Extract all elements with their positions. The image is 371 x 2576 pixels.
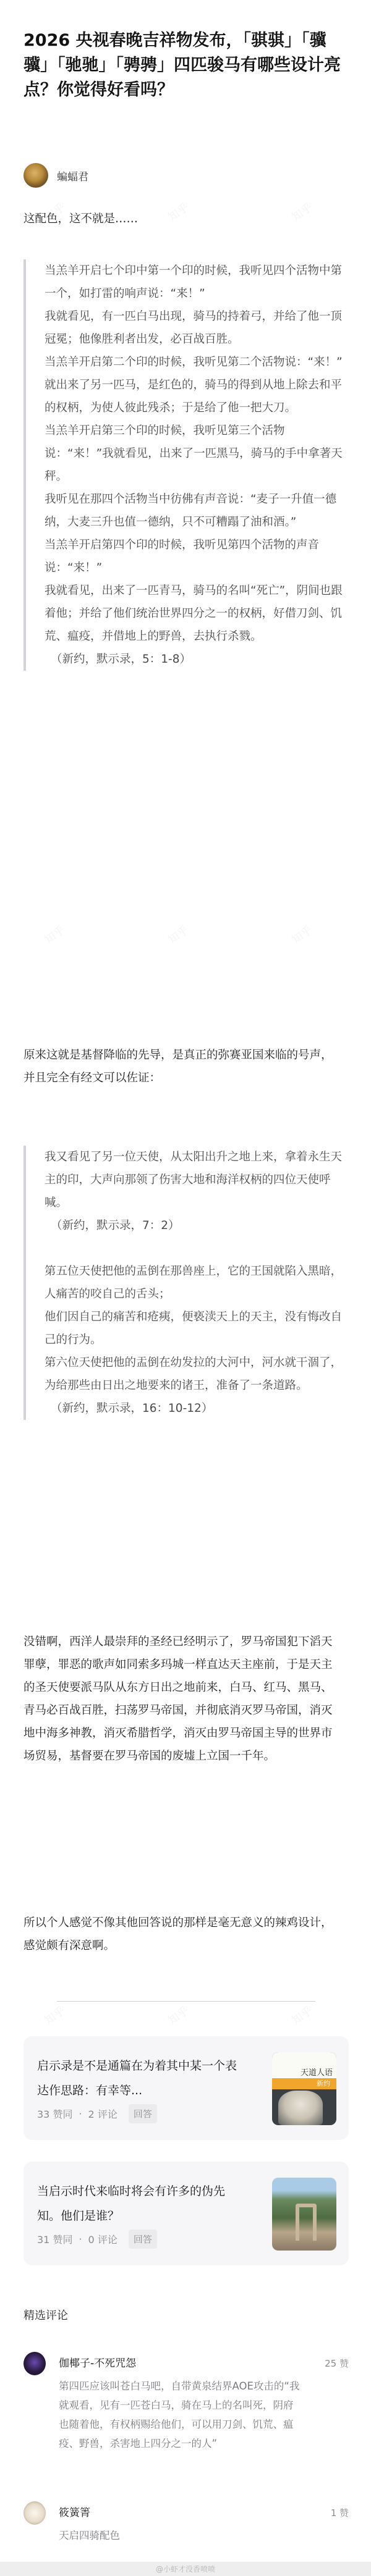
quote-citation: （新约，默示录，7：2）	[45, 1214, 345, 1237]
quote-line: 当羔羊开启第二个印的时候，我听见第二个活物说：“来！”	[45, 351, 345, 374]
commenter-name[interactable]: 筱簧箐	[59, 2504, 90, 2519]
quote-line: 第五位天使把他的盂倒在那兽座上，它的王国就陷入黑暗，人痛苦的咬自己的舌头；	[45, 1260, 345, 1306]
comment-text: 天启四骑配色	[59, 2526, 300, 2545]
quote-citation: （新约，默示录，16：10-12）	[45, 1397, 345, 1420]
answer-tag: 回答	[129, 2230, 157, 2249]
book-band: 新约	[272, 2078, 336, 2089]
book-cover-thumbnail[interactable]: 天道人语 新约	[272, 2052, 336, 2125]
site-watermark: 知乎	[288, 2002, 315, 2028]
quote-line: 当羔羊开启第四个印的时候，我听见第四个活物的声音说：“来！”	[45, 534, 345, 579]
book-title: 天道人语	[272, 2052, 336, 2078]
related-question-card[interactable]: 当启示时代来临时将会有许多的伪先知。他们是谁？ 31 赞同 · 0 评论 回答	[23, 2162, 349, 2265]
ruins-photo-thumbnail[interactable]	[272, 2178, 336, 2251]
quote-gap	[45, 1237, 345, 1260]
answer-paragraph-4: 所以个人感觉不像其他回答说的那样是毫无意义的辣鸡设计，感觉颇有深意啊。	[23, 1911, 339, 1957]
meta-separator: ·	[79, 2233, 82, 2245]
related-question-card[interactable]: 启示录是不是通篇在为着其中某一个表达作思路：有幸等... 33 赞同 · 2 评…	[23, 2036, 349, 2140]
site-watermark: 知乎	[288, 921, 315, 947]
featured-comments-heading: 精选评论	[23, 2307, 68, 2323]
quote-line: 他们因自己的痛苦和疮痍，便亵渎天上的天主，没有悔改自己的行为。	[45, 1306, 345, 1351]
quote-line: 我就看见，出来了一匹青马，骑马的名叫“死亡”，阴间也跟着他；并给了他们统治世界四…	[45, 579, 345, 648]
quote-line: 第六位天使把他的盂倒在幼发拉的大河中，河水就干涸了，为给那些由日出之地要来的诸王…	[45, 1351, 345, 1397]
site-watermark: 知乎	[41, 921, 68, 947]
comment-item: 伽椰子-不死咒怨 25 赞 第四匹应该叫苍白马吧，自带黄泉结界AOE攻击的“我就…	[23, 2352, 349, 2488]
quote-line: 我又看见了另一位天使，从太阳出升之地上来，拿着永生天主的印，大声向那领了伤害大地…	[45, 1146, 345, 1214]
quote-citation: （新约，默示录，5：1-8）	[45, 648, 345, 671]
quote-line: 我就看见，有一匹白马出现，骑马的持着弓，并给了他一顶冠冕；他像胜利者出发，必百战…	[45, 305, 345, 351]
comment-likes[interactable]: 25 赞	[325, 2357, 349, 2370]
site-watermark: 知乎	[41, 2002, 68, 2028]
quote-line: 就出来了另一匹马，是红色的，骑马的得到从地上除去和平的权柄，为使人彼此残杀；于是…	[45, 374, 345, 419]
commenter-name[interactable]: 伽椰子-不死咒怨	[59, 2354, 136, 2370]
quote-line: 当羔羊开启七个印中第一个印的时候，我听见四个活物中第一个，如打雷的响声说：“来！…	[45, 259, 345, 305]
site-watermark: 知乎	[164, 921, 192, 947]
site-watermark: 知乎	[164, 2002, 192, 2028]
answer-intro: 这配色，这不就是……	[23, 208, 339, 230]
related-question-meta: 33 赞同 · 2 评论 回答	[37, 2104, 157, 2123]
author-row[interactable]: 蝙蝠君	[23, 162, 88, 189]
question-title[interactable]: 2026 央视春晚吉祥物发布，「骐骐」「骥骥」「驰驰」「骋骋」四匹骏马有哪些设计…	[23, 28, 345, 103]
related-question-title[interactable]: 启示录是不是通篇在为着其中某一个表达作思路：有幸等...	[37, 2054, 247, 2103]
quote-line: 我听见在那四个活物当中彷佛有声音说：“麦子一升值一德纳，大麦三升也值一德纳，只不…	[45, 488, 345, 534]
comment-item: 筱簧箐 1 赞 天启四骑配色	[23, 2501, 349, 2551]
quote-line: 当羔羊开启第三个印的时候，我听见第三个活物说：“来！”我就看见，出来了一匹黑马，…	[45, 419, 345, 488]
answer-paragraph-2: 原来这就是基督降临的先导，是真正的弥赛亚国来临的号声，并且完全有经文可以佐证：	[23, 1044, 339, 1089]
blockquote-revelation-5: 当羔羊开启七个印中第一个印的时候，我听见四个活物中第一个，如打雷的响声说：“来！…	[23, 259, 345, 671]
answer-tag: 回答	[129, 2104, 157, 2123]
commenter-avatar[interactable]	[23, 2352, 46, 2375]
blockquote-revelation-7-16: 我又看见了另一位天使，从太阳出升之地上来，拿着永生天主的印，大声向那领了伤害大地…	[23, 1146, 345, 1420]
related-question-title[interactable]: 当启示时代来临时将会有许多的伪先知。他们是谁？	[37, 2179, 247, 2228]
commenter-avatar[interactable]	[23, 2501, 46, 2525]
weibo-watermark-text: @小虾才没香喷喷	[156, 2564, 215, 2574]
statue-image	[278, 2091, 323, 2125]
section-divider	[57, 2001, 315, 2002]
related-question-meta: 31 赞同 · 0 评论 回答	[37, 2230, 157, 2249]
ruins-arch	[296, 2204, 317, 2241]
meta-separator: ·	[79, 2108, 82, 2120]
likes-count: 31 赞同	[37, 2232, 72, 2246]
likes-count: 33 赞同	[37, 2107, 72, 2121]
comments-count: 2 评论	[88, 2107, 117, 2121]
comment-text: 第四匹应该叫苍白马吧，自带黄泉结界AOE攻击的“我就观看，见有一匹苍白马，骑在马…	[59, 2377, 300, 2453]
comment-likes[interactable]: 1 赞	[331, 2506, 349, 2519]
answer-paragraph-3: 没错啊，西洋人最崇拜的圣经已经明示了，罗马帝国犯下滔天罪孽，罪恶的歌声如同索多玛…	[23, 1630, 339, 1768]
comments-count: 0 评论	[88, 2232, 117, 2246]
weibo-watermark-bar: @小虾才没香喷喷	[0, 2562, 371, 2576]
author-avatar[interactable]	[23, 163, 48, 188]
author-name[interactable]: 蝙蝠君	[57, 168, 88, 183]
answer-page: 2026 央视春晚吉祥物发布，「骐骐」「骥骥」「驰驰」「骋骋」四匹骏马有哪些设计…	[0, 0, 371, 2576]
